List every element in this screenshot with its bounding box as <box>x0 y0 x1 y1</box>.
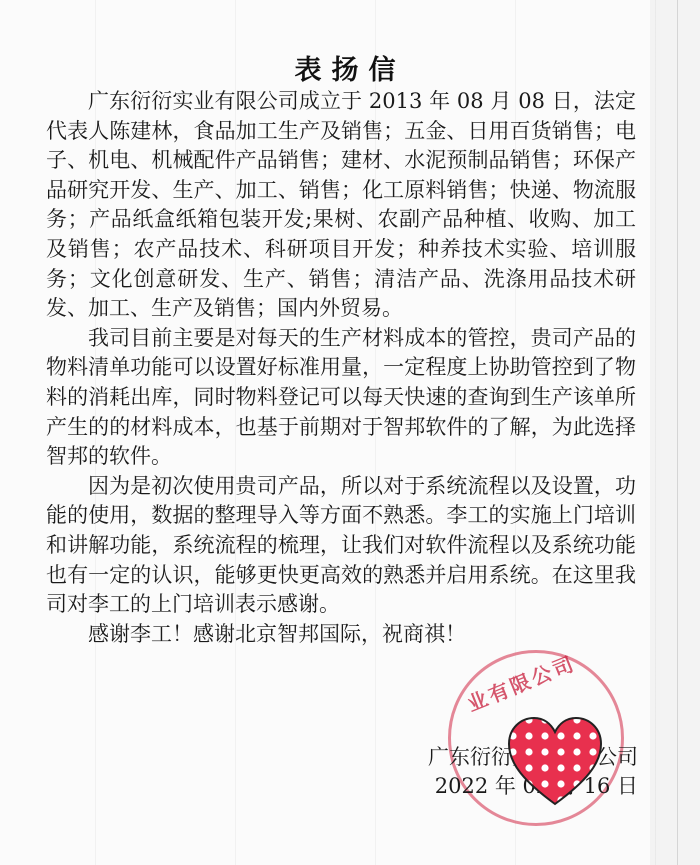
page-edge-line <box>677 0 678 865</box>
heart-sticker-icon <box>505 712 605 812</box>
paragraph-company-intro: 广东衍衍实业有限公司成立于 2013 年 08 月 08 日，法定代表人陈建林，… <box>46 87 636 324</box>
paragraph-thanks: 感谢李工！感谢北京智邦国际，祝商祺！ <box>46 620 636 650</box>
paragraph-usage: 我司目前主要是对每天的生产材料成本的管控，贵司产品的物料清单功能可以设置好标准用… <box>46 324 636 472</box>
page-title: 表扬信 <box>0 48 700 87</box>
letter-body: 广东衍衍实业有限公司成立于 2013 年 08 月 08 日，法定代表人陈建林，… <box>46 87 636 649</box>
paragraph-training: 因为是初次使用贵司产品，所以对于系统流程以及设置，功能的使用，数据的整理导入等方… <box>46 472 636 620</box>
